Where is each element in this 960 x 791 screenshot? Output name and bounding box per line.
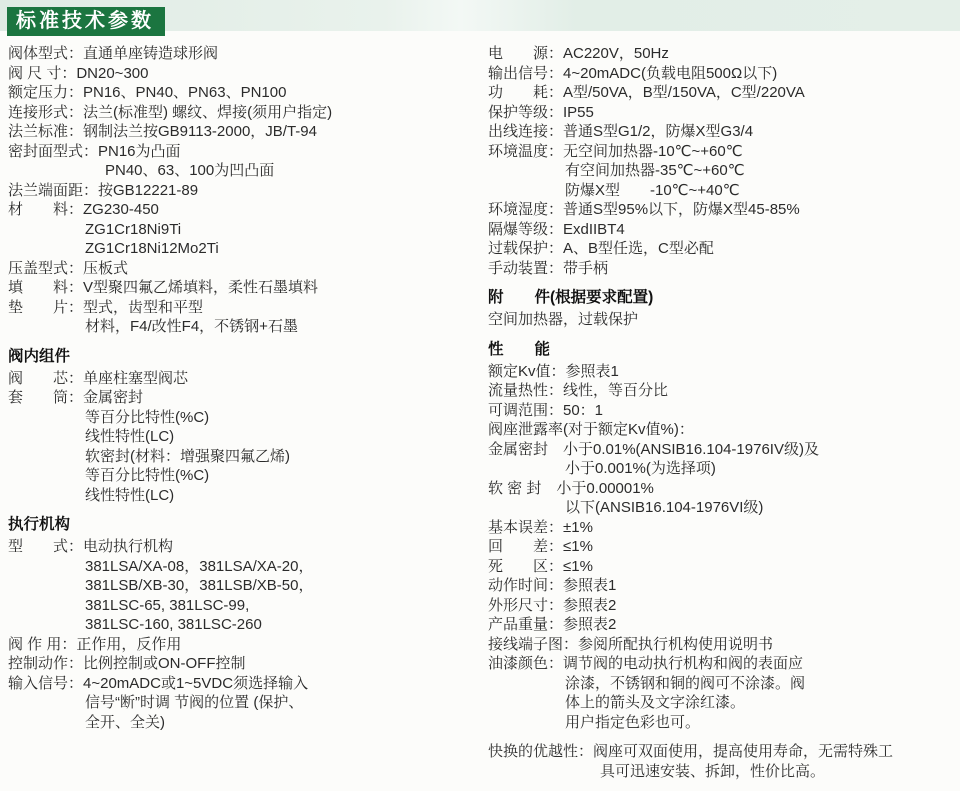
spec-section: 电 源：AC220V，50Hz输出信号：4~20mADC(负载电阻500Ω以下)… bbox=[488, 44, 952, 278]
right-column: 电 源：AC220V，50Hz输出信号：4~20mADC(负载电阻500Ω以下)… bbox=[480, 44, 952, 781]
spec-section: 附 件(根据要求配置)空间加热器，过载保护 bbox=[488, 288, 952, 330]
spec-line: 阀 芯：单座柱塞型阀芯 bbox=[8, 369, 480, 389]
spec-line: 阀 尺 寸：DN20~300 bbox=[8, 64, 480, 84]
content: 阀体型式：直通单座铸造球形阀阀 尺 寸：DN20~300额定压力：PN16、PN… bbox=[8, 44, 952, 781]
spec-line: 阀 作 用：正作用，反作用 bbox=[8, 635, 480, 655]
spec-line: 连接形式：法兰(标准型) 螺纹、焊接(须用户指定) bbox=[8, 103, 480, 123]
spec-line: 控制动作：比例控制或ON-OFF控制 bbox=[8, 654, 480, 674]
spec-line: 流量热性：线性，等百分比 bbox=[488, 381, 952, 401]
spec-line: 套 筒：金属密封 bbox=[8, 388, 480, 408]
spec-line: 出线连接：普通S型G1/2，防爆X型G3/4 bbox=[488, 122, 952, 142]
spec-line: 阀座泄露率(对于额定Kv值%)： bbox=[488, 420, 952, 440]
spec-line: 381LSC-65, 381LSC-99, bbox=[8, 596, 480, 616]
spec-line: 软 密 封 小于0.00001% bbox=[488, 479, 952, 499]
spec-section: 性 能额定Kv值：参照表1流量热性：线性，等百分比可调范围：50：1阀座泄露率(… bbox=[488, 340, 952, 733]
spec-line: 小于0.001%(为选择项) bbox=[488, 459, 952, 479]
section-heading: 执行机构 bbox=[8, 515, 480, 535]
left-column: 阀体型式：直通单座铸造球形阀阀 尺 寸：DN20~300额定压力：PN16、PN… bbox=[8, 44, 480, 732]
spec-section: 阀内组件阀 芯：单座柱塞型阀芯套 筒：金属密封等百分比特性(%C)线性特性(LC… bbox=[8, 347, 480, 506]
spec-line: 保护等级：IP55 bbox=[488, 103, 952, 123]
spec-line: 空间加热器，过载保护 bbox=[488, 310, 952, 330]
spec-section: 执行机构型 式：电动执行机构381LSA/XA-08，381LSA/XA-20，… bbox=[8, 515, 480, 732]
spec-line: 油漆颜色：调节阀的电动执行机构和阀的表面应 bbox=[488, 654, 952, 674]
top-band: 标准技术参数 bbox=[0, 0, 960, 31]
spec-line: 死 区：≤1% bbox=[488, 557, 952, 577]
spec-line: 法兰标准：钢制法兰按GB9113-2000，JB/T-94 bbox=[8, 122, 480, 142]
spec-line: PN40、63、100为凹凸面 bbox=[8, 161, 480, 181]
spec-line: 输入信号：4~20mADC或1~5VDC须选择输入 bbox=[8, 674, 480, 694]
page-title: 标准技术参数 bbox=[7, 7, 165, 36]
spec-line: 环境湿度：普通S型95%以下，防爆X型45-85% bbox=[488, 200, 952, 220]
spec-line: ZG1Cr18Ni9Ti bbox=[8, 220, 480, 240]
spec-line: 基本误差：±1% bbox=[488, 518, 952, 538]
spec-line: 回 差：≤1% bbox=[488, 537, 952, 557]
spec-line: 材料，F4/改性F4，不锈钢+石墨 bbox=[8, 317, 480, 337]
spec-line: 过载保护：A、B型任选，C型必配 bbox=[488, 239, 952, 259]
section-heading: 性 能 bbox=[488, 340, 952, 360]
spec-line: 快换的优越性：阀座可双面使用，提高使用寿命，无需特殊工 bbox=[488, 742, 952, 762]
spec-line: 接线端子图：参阅所配执行机构使用说明书 bbox=[488, 635, 952, 655]
spec-line: 隔爆等级：ExdIIBT4 bbox=[488, 220, 952, 240]
spec-line: 外形尺寸：参照表2 bbox=[488, 596, 952, 616]
spec-line: 防爆X型 -10℃~+40℃ bbox=[488, 181, 952, 201]
spec-line: 信号“断”时调 节阀的位置 (保护、 bbox=[8, 693, 480, 713]
spec-line: 型 式：电动执行机构 bbox=[8, 537, 480, 557]
spec-line: 额定Kv值：参照表1 bbox=[488, 362, 952, 382]
spec-line: 阀体型式：直通单座铸造球形阀 bbox=[8, 44, 480, 64]
spec-line: 以下(ANSIB16.104-1976VI级) bbox=[488, 498, 952, 518]
spec-line: 功 耗：A型/50VA，B型/150VA，C型/220VA bbox=[488, 83, 952, 103]
spec-line: 压盖型式：压板式 bbox=[8, 259, 480, 279]
section-heading: 附 件(根据要求配置) bbox=[488, 288, 952, 308]
spec-line: 全开、全关) bbox=[8, 713, 480, 733]
spec-line: 涂漆，不锈钢和铜的阀可不涂漆。阀 bbox=[488, 674, 952, 694]
spec-line: 等百分比特性(%C) bbox=[8, 466, 480, 486]
spec-line: 环境温度：无空间加热器-10℃~+60℃ bbox=[488, 142, 952, 162]
spec-line: 金属密封 小于0.01%(ANSIB16.104-1976IV级)及 bbox=[488, 440, 952, 460]
spec-line: 体上的箭头及文字涂红漆。 bbox=[488, 693, 952, 713]
spec-line: 手动装置：带手柄 bbox=[488, 259, 952, 279]
spec-line: 381LSC-160, 381LSC-260 bbox=[8, 615, 480, 635]
spec-line: 动作时间：参照表1 bbox=[488, 576, 952, 596]
section-heading: 阀内组件 bbox=[8, 347, 480, 367]
spec-line: 输出信号：4~20mADC(负载电阻500Ω以下) bbox=[488, 64, 952, 84]
spec-line: 用户指定色彩也可。 bbox=[488, 713, 952, 733]
spec-section: 快换的优越性：阀座可双面使用，提高使用寿命，无需特殊工具可迅速安装、拆卸，性价比… bbox=[488, 742, 952, 781]
spec-line: 等百分比特性(%C) bbox=[8, 408, 480, 428]
spec-line: 有空间加热器-35℃~+60℃ bbox=[488, 161, 952, 181]
spec-line: 线性特性(LC) bbox=[8, 427, 480, 447]
spec-line: 法兰端面距：按GB12221-89 bbox=[8, 181, 480, 201]
spec-line: 材 料：ZG230-450 bbox=[8, 200, 480, 220]
spec-section: 阀体型式：直通单座铸造球形阀阀 尺 寸：DN20~300额定压力：PN16、PN… bbox=[8, 44, 480, 337]
spec-line: 填 料：V型聚四氟乙烯填料，柔性石墨填料 bbox=[8, 278, 480, 298]
spec-line: 密封面型式：PN16为凸面 bbox=[8, 142, 480, 162]
spec-line: 电 源：AC220V，50Hz bbox=[488, 44, 952, 64]
spec-line: 垫 片：型式，齿型和平型 bbox=[8, 298, 480, 318]
spec-line: 可调范围：50：1 bbox=[488, 401, 952, 421]
spec-line: ZG1Cr18Ni12Mo2Ti bbox=[8, 239, 480, 259]
spec-line: 软密封(材料：增强聚四氟乙烯) bbox=[8, 447, 480, 467]
spec-line: 线性特性(LC) bbox=[8, 486, 480, 506]
spec-line: 产品重量：参照表2 bbox=[488, 615, 952, 635]
spec-line: 381LSB/XB-30，381LSB/XB-50， bbox=[8, 576, 480, 596]
spec-line: 额定压力：PN16、PN40、PN63、PN100 bbox=[8, 83, 480, 103]
spec-line: 具可迅速安装、拆卸，性价比高。 bbox=[488, 762, 952, 782]
spec-line: 381LSA/XA-08，381LSA/XA-20， bbox=[8, 557, 480, 577]
